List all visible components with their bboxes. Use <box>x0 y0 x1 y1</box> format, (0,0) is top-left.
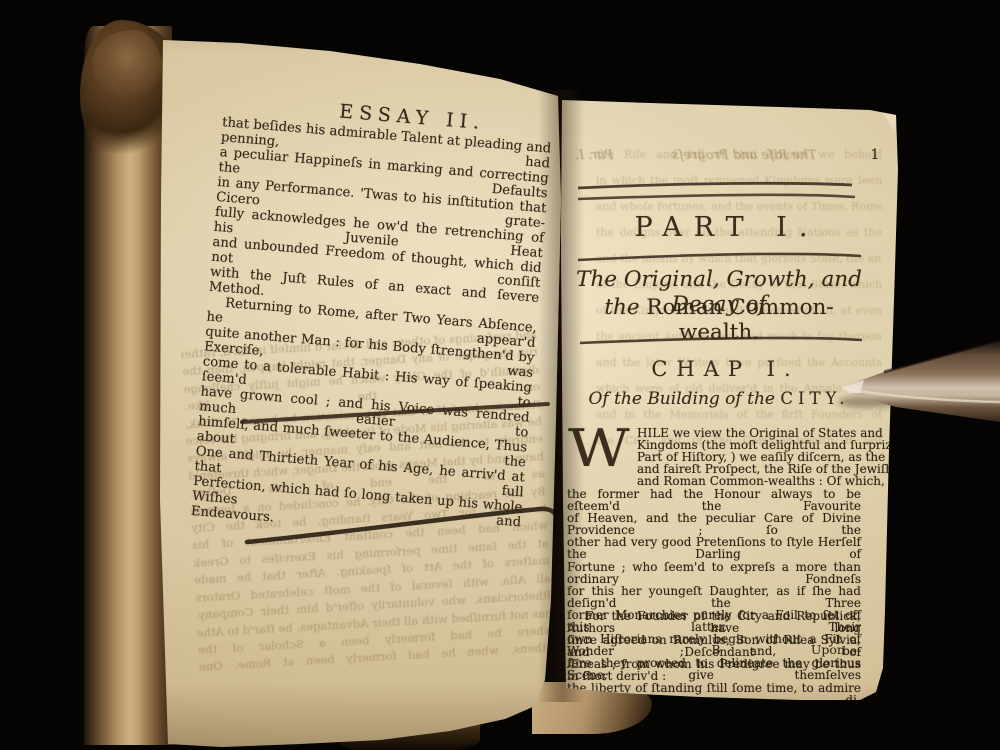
printed-text-line: of Heaven, and the peculiar Care of Divi… <box>567 512 861 536</box>
photo-of-antique-book: and reaſonings of other ; and declar'd h… <box>0 0 1000 750</box>
chapter-subtitle: Of the Building of the CITY. <box>566 389 872 409</box>
page-number: 1 <box>863 147 887 163</box>
right-page-paragraph-1-indented: HILE we view the Original of States andK… <box>567 427 861 487</box>
right-page-footer: B Upon <box>567 642 861 657</box>
printed-text-line: and Roman Common-wealths : Of which, as <box>637 475 861 487</box>
left-page-body: that beſides his admirable Talent at ple… <box>190 115 551 545</box>
printed-text-line: For the Founder of the City and Republic… <box>567 610 861 634</box>
printed-text-line: other had very good Pretenſions to ſtyle… <box>567 536 861 560</box>
left-page-paragraph-1: that beſides his admirable Talent at ple… <box>208 115 551 321</box>
catchword: Upon <box>775 642 861 657</box>
right-page-show-through-header: Par. I. The Riſe and Progreſs <box>575 148 875 163</box>
printed-text-line: Æneas ; from whom his Predigree may be t… <box>567 658 861 682</box>
signature-mark: B <box>567 642 775 657</box>
pointer-top-edge <box>884 340 1000 372</box>
show-through-line: in which the moſt renowned Kingdoms were… <box>596 168 882 194</box>
chapter-subtitle-city: CITY. <box>780 389 849 408</box>
chapter-heading: CHAP I. <box>575 357 867 381</box>
printed-text-line: for this her youngeſt Daughter, as if ſh… <box>567 585 861 609</box>
part-heading: PART I. <box>575 212 867 243</box>
chapter-subtitle-lead: Of the Building of the <box>588 389 780 409</box>
printed-text-line: Fortune ; who ſeem'd to expreſs a more t… <box>567 561 861 585</box>
part-title-line-2-lead: the <box>604 295 646 320</box>
worn-binding-corner-highlight <box>92 30 162 100</box>
left-page-text-block: ESSAY II. that beſides his admirable Tal… <box>222 100 555 127</box>
show-through-title: The Riſe and Progreſs <box>672 148 817 163</box>
right-page-paragraph-1-full: the former had the Honour always to be e… <box>567 488 861 718</box>
printed-text-line: the former had the Honour always to be e… <box>567 488 861 512</box>
part-title-line-2: the Roman Common-wealth. <box>566 295 872 345</box>
pointer-shadow <box>838 396 898 408</box>
part-title-line-2-main: Roman Common-wealth. <box>646 295 833 345</box>
left-page-paragraph-2: Returning to Rome, after Two Years Abſen… <box>190 295 537 546</box>
gutter-shadow <box>538 90 584 702</box>
